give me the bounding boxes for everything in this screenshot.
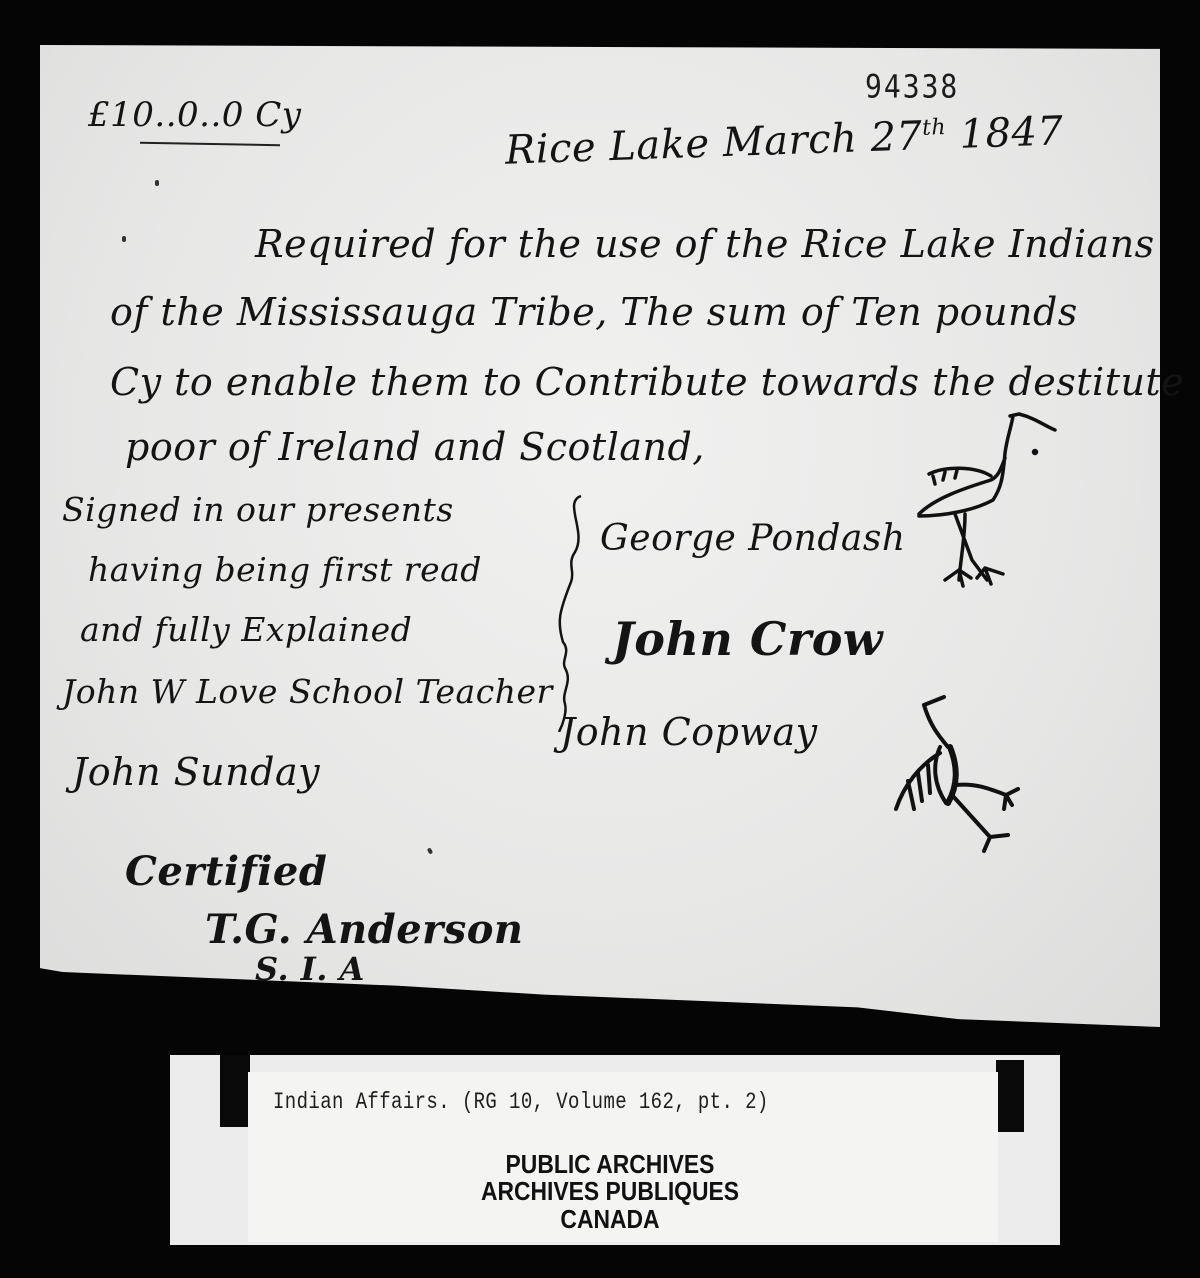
archive-title-line: PUBLIC ARCHIVES [408,1150,813,1178]
witness-signature: John W Love School Teacher [62,672,553,711]
body-line: Required for the use of the Rice Lake In… [255,222,1155,266]
label-notch-right [996,1060,1024,1132]
label-notch-left [220,1055,250,1127]
archive-title-line: CANADA [408,1205,813,1233]
archive-title-line: ARCHIVES PUBLIQUES [408,1177,813,1205]
body-line: poor of Ireland and Scotland, [125,425,705,469]
signatory-name: John Copway [560,710,818,754]
certifier-name: T.G. Anderson [205,906,524,953]
ink-mark [155,180,159,186]
ink-mark [122,236,126,242]
body-line: of the Mississauga Tribe, The sum of Ten… [110,290,1078,334]
signatory-name: George Pondash [600,518,906,559]
date-month-day: March 27 [722,113,923,166]
date-year: 1847 [959,108,1064,158]
witness-line: and fully Explained [80,610,412,649]
certifier-title: S. I. A [255,950,365,988]
crane-totem-icon [915,408,1065,593]
amount: £10..0..0 Cy [88,95,301,135]
body-line: Cy to enable them to Contribute towards … [110,360,1184,404]
brace-icon [545,492,595,732]
document-number: 94338 [865,68,959,106]
signatory-name: John Crow [612,612,883,666]
bird-totem-icon [880,685,1040,855]
date-suffix: th [922,115,947,141]
place: Rice Lake [504,121,710,174]
witness-signature: John Sunday [72,750,320,794]
archive-reference: Indian Affairs. (RG 10, Volume 162, pt. … [273,1089,769,1115]
certified-label: Certified [125,848,327,895]
witness-line: having being first read [88,550,482,589]
witness-line: Signed in our presents [62,490,454,529]
